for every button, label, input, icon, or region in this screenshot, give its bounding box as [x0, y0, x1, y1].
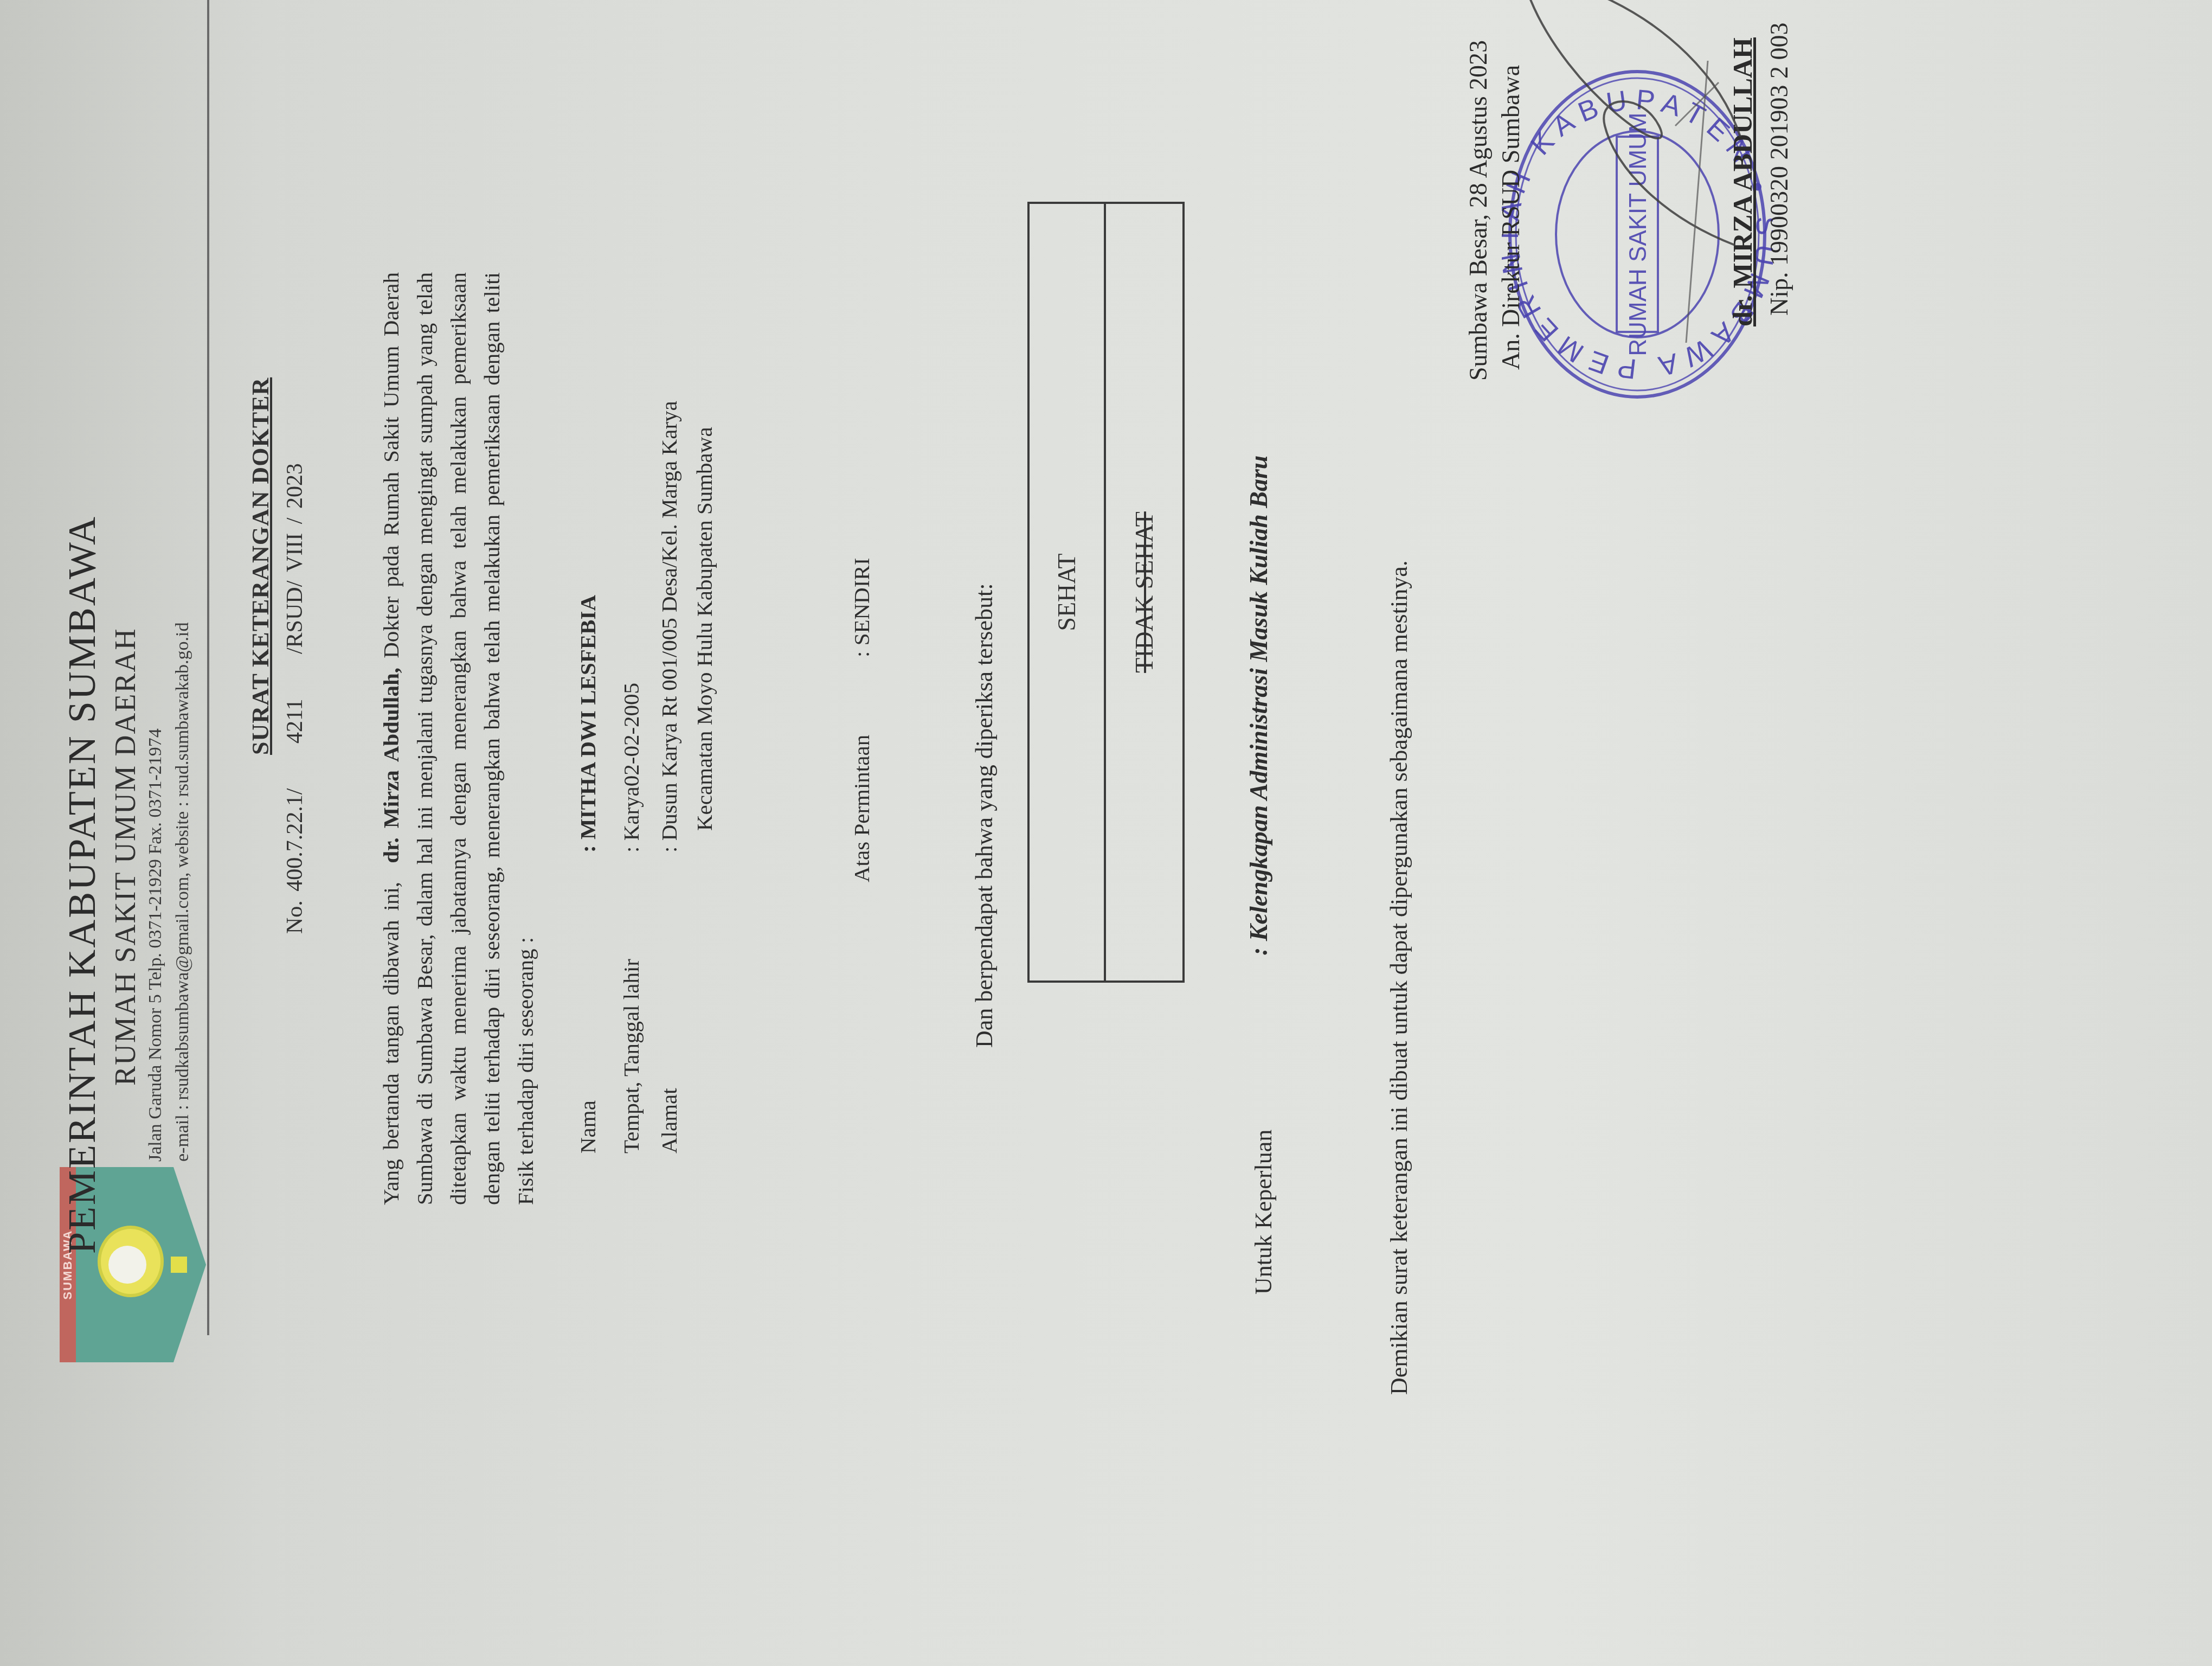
- purpose-value-text: Kelengkapan Administrasi Masuk Kuliah Ba…: [1245, 456, 1272, 941]
- patient-address-1: Dusun Karya Rt 001/005 Desa/Kel. Marga K…: [657, 401, 681, 841]
- request-value-text: SENDIRI: [849, 558, 874, 646]
- org-title: PEMERINTAH KABUPATEN SUMBAWA: [60, 515, 105, 1254]
- patient-name: MITHA DWI LESFEBIA: [575, 595, 600, 840]
- field-value-ttl: : Karya02-02-2005: [618, 683, 644, 853]
- org-subtitle: RUMAH SAKIT UMUM DAERAH: [108, 627, 142, 1086]
- handwritten-signature: [1480, 0, 1762, 473]
- field-label-alamat: Alamat: [656, 1088, 682, 1154]
- logo-emblem-icon: [108, 1246, 146, 1284]
- field-label-nama: Nama: [575, 1100, 601, 1154]
- letter-page: SUMBAWA PEMERINTAH KABUPATEN SUMBAWA RUM…: [0, 0, 2212, 1666]
- status-option-sehat: SEHAT: [1030, 204, 1106, 981]
- doctor-name-inline: dr. Mirza Abdullah,: [378, 668, 403, 863]
- field-label-ttl: Tempat, Tanggal lahir: [618, 959, 644, 1154]
- patient-birth: Karya02-02-2005: [619, 683, 644, 841]
- letterhead-divider: [207, 0, 209, 1335]
- signatory-nip: Nip. 19900320 201903 2 003: [1765, 23, 1793, 316]
- assessment-lead: Dan berpendapat bahwa yang diperiksa ter…: [970, 584, 998, 1048]
- status-option-tidak-sehat: TIDAK SEHAT: [1106, 204, 1182, 981]
- status-sehat-label: SEHAT: [1052, 553, 1081, 631]
- field-value-alamat: : Dusun Karya Rt 001/005 Desa/Kel. Marga…: [656, 401, 682, 853]
- purpose-label: Untuk Keperluan: [1250, 1130, 1277, 1295]
- request-label: Atas Permintaan: [848, 735, 874, 882]
- logo-star-icon: [171, 1257, 187, 1273]
- status-tidak-sehat-label: TIDAK SEHAT: [1130, 511, 1159, 673]
- field-value-nama: : MITHA DWI LESFEBIA: [575, 595, 601, 853]
- patient-address-2: Kecamatan Moyo Hulu Kabupaten Sumbawa: [691, 427, 717, 831]
- document-title: SURAT KETERANGAN DOKTER: [247, 377, 274, 755]
- purpose-value: : Kelengkapan Administrasi Masuk Kuliah …: [1244, 456, 1273, 956]
- health-status-box: SEHAT TIDAK SEHAT: [1027, 202, 1185, 983]
- org-contact: e-mail : rsudkabsumbawa@gmail.com, websi…: [172, 623, 193, 1162]
- document-number: No. 400.7.22.1/ 4211 /RSUD/ VIII / 2023: [282, 463, 308, 934]
- closing-statement: Demikian surat keterangan ini dibuat unt…: [1385, 560, 1413, 1395]
- intro-paragraph: Yang bertanda tangan dibawah ini, dr. Mi…: [374, 272, 542, 1205]
- intro-text-1: Yang bertanda tangan dibawah ini,: [378, 863, 403, 1205]
- org-address: Jalan Garuda Nomor 5 Telp. 0371-21929 Fa…: [145, 728, 166, 1162]
- request-value: : SENDIRI: [848, 558, 874, 657]
